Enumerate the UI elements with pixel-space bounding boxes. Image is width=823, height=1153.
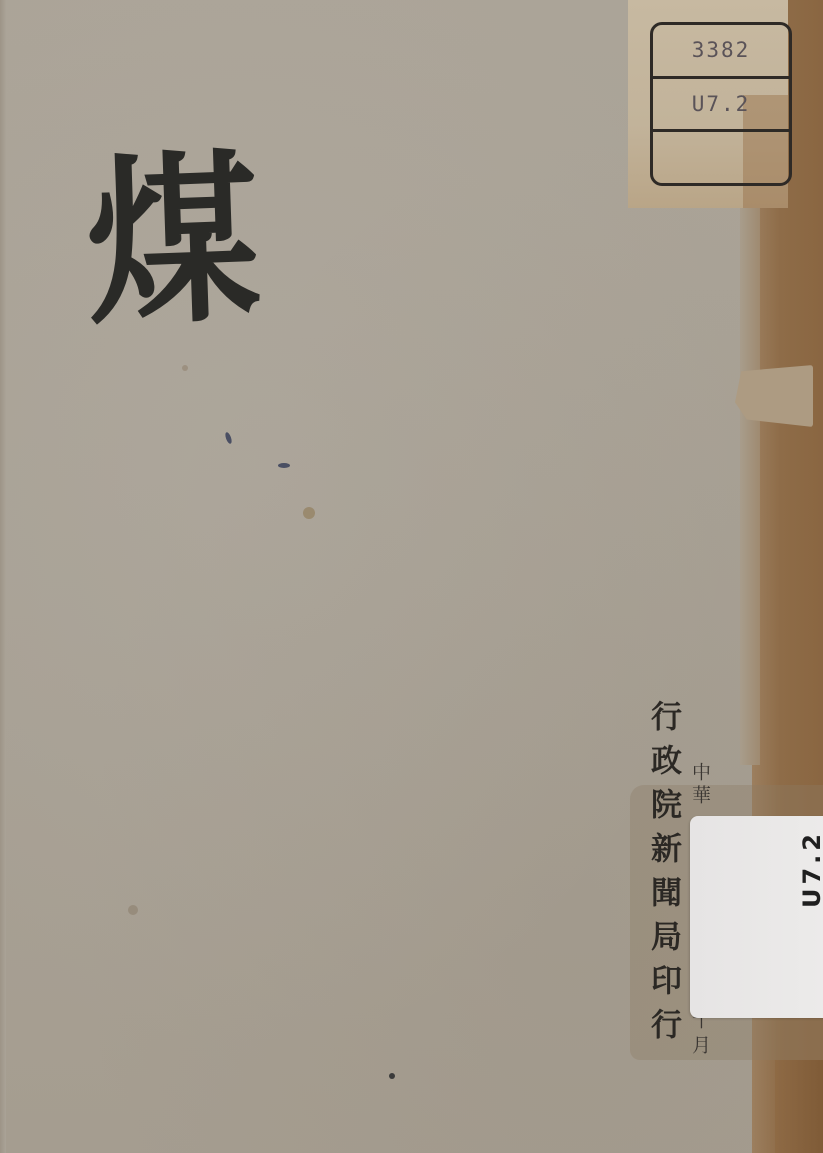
- spine-sticker: U7.2: [690, 816, 823, 1018]
- catalog-empty-cell: [653, 129, 789, 183]
- spine-sticker-text: U7.2: [798, 830, 823, 908]
- bottom-spine-tape: [775, 1060, 823, 1153]
- book-cover: 3382 U7.2 煤 行政院新聞局印行 中華 十月 U7.2: [0, 0, 823, 1153]
- publication-date-top: 中華: [690, 762, 714, 808]
- tape-patch: [735, 365, 813, 427]
- cover-title: 煤: [84, 147, 263, 335]
- publisher-text: 行政院新聞局印行: [645, 700, 681, 1052]
- stain-spot: [182, 365, 188, 371]
- ink-mark: [224, 432, 233, 445]
- ink-mark: [278, 463, 290, 468]
- spine-tape-edge: [740, 205, 760, 765]
- catalog-number: 3382: [653, 25, 789, 76]
- ink-dot: [389, 1073, 395, 1079]
- catalog-classification: U7.2: [653, 76, 789, 130]
- stain-spot: [128, 905, 138, 915]
- cover-left-edge: [0, 0, 6, 1153]
- catalog-label: 3382 U7.2: [650, 22, 792, 186]
- stain-spot: [303, 507, 315, 519]
